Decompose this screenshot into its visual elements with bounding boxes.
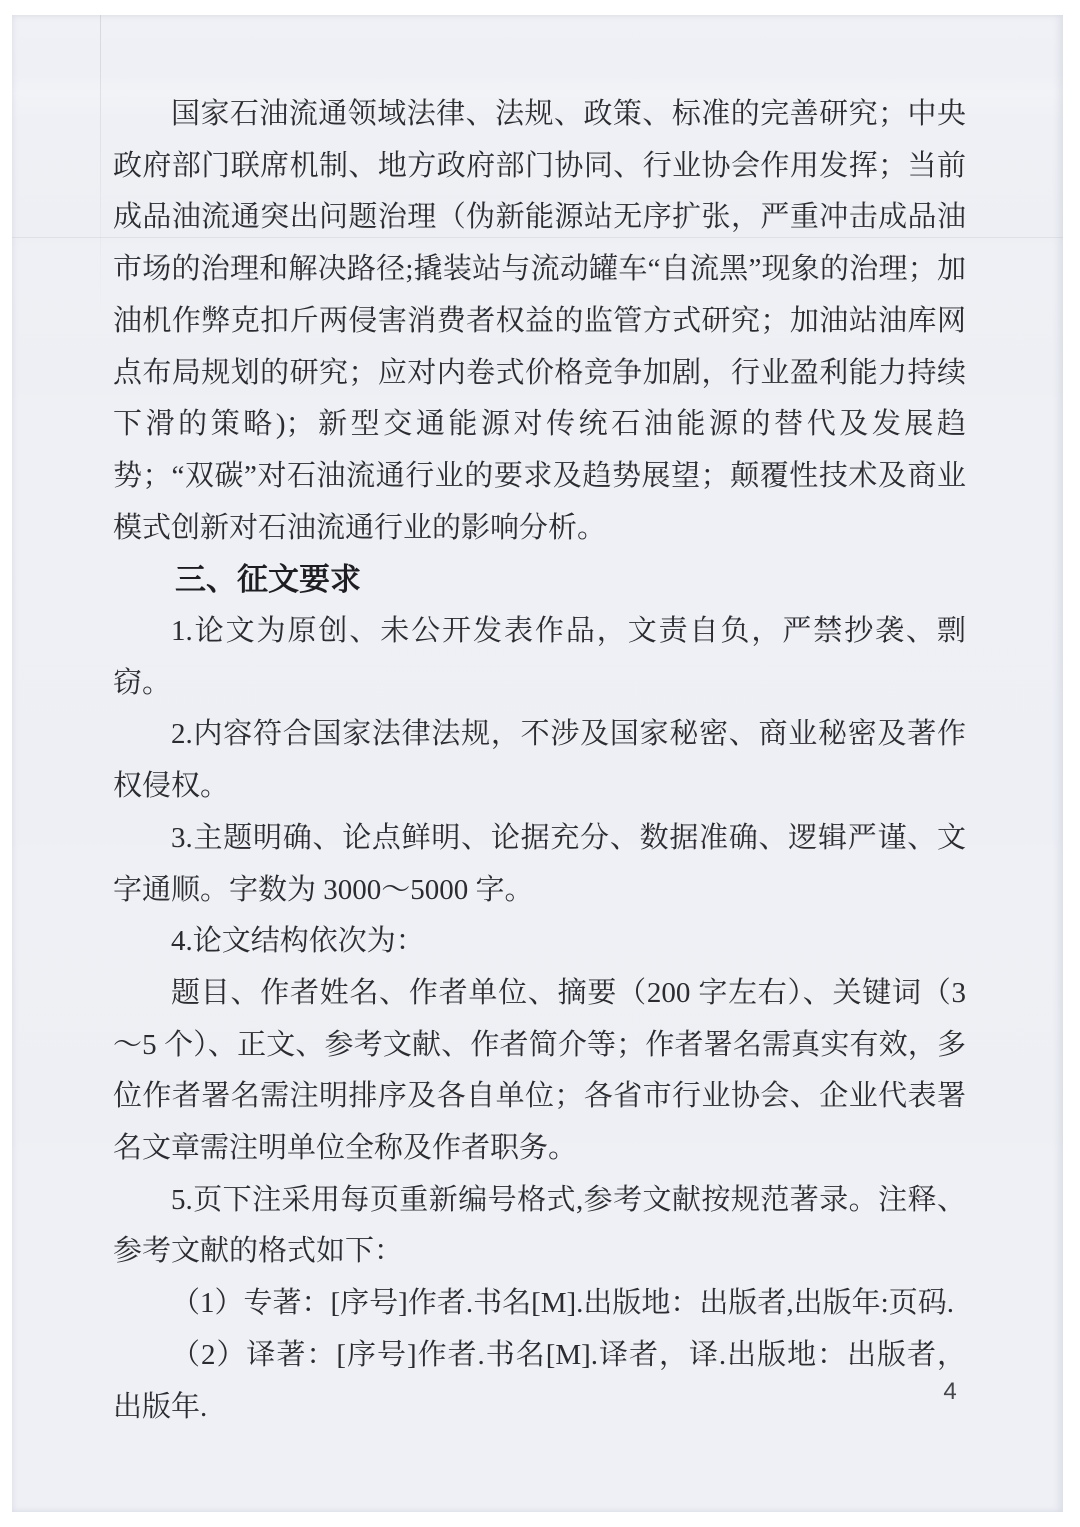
requirement-item-4: 4.论文结构依次为：: [113, 916, 966, 968]
citation-format-translation: （2）译著：[序号]作者.书名[M].译者，译.出版地：出版者，出版年.: [113, 1330, 966, 1433]
document-body: 国家石油流通领域法律、法规、政策、标准的完善研究；中央政府部门联席机制、地方政府…: [113, 89, 966, 1433]
requirement-item-3: 3.主题明确、论点鲜明、论据充分、数据准确、逻辑严谨、文字通顺。字数为 3000…: [113, 813, 966, 916]
page-number: 4: [930, 1378, 970, 1406]
requirement-item-5: 5.页下注采用每页重新编号格式,参考文献按规范著录。注释、参考文献的格式如下：: [113, 1175, 966, 1278]
scan-crease-vertical: [100, 15, 101, 315]
section-heading: 三、征文要求: [113, 554, 966, 606]
requirement-item-1: 1.论文为原创、未公开发表作品，文责自负，严禁抄袭、剽窃。: [113, 606, 966, 709]
structure-paragraph: 题目、作者姓名、作者单位、摘要（200 字左右）、关键词（3～5 个）、正文、参…: [113, 968, 966, 1175]
scanned-document-page: 国家石油流通领域法律、法规、政策、标准的完善研究；中央政府部门联席机制、地方政府…: [12, 15, 1063, 1512]
requirement-item-2: 2.内容符合国家法律法规，不涉及国家秘密、商业秘密及著作权侵权。: [113, 709, 966, 812]
citation-format-monograph: （1）专著：[序号]作者.书名[M].出版地：出版者,出版年:页码.: [113, 1278, 966, 1330]
topic-paragraph: 国家石油流通领域法律、法规、政策、标准的完善研究；中央政府部门联席机制、地方政府…: [113, 89, 966, 554]
